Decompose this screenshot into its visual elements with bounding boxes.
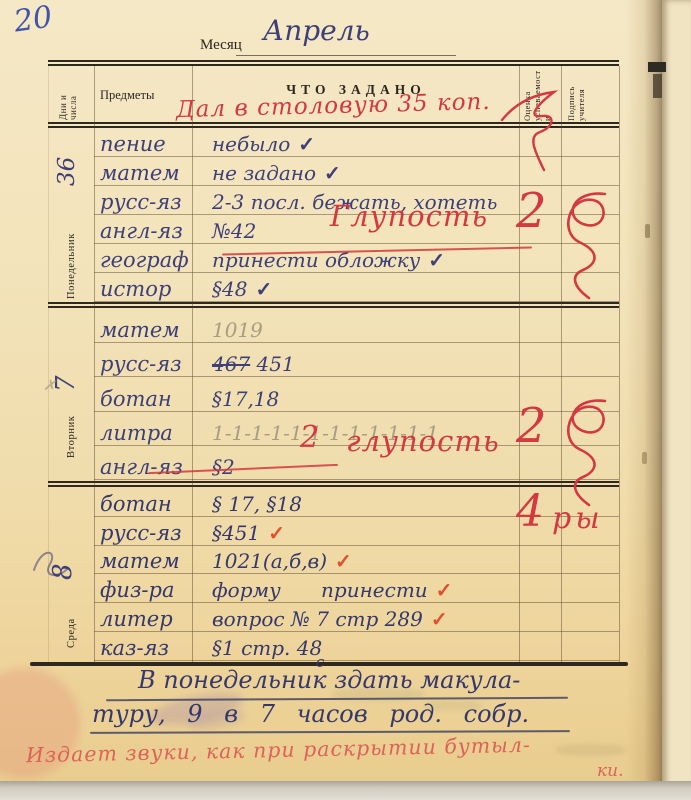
table-row: матем не задано✓ [94,157,619,186]
subject-cell: русс-яз [94,522,198,544]
monday-block: пение небыло✓ матем не задано✓ русс-яз 2… [94,128,619,302]
subject-cell: матем [94,550,198,572]
subject-cell: географ [94,249,198,271]
subject-cell: матем [94,319,198,341]
inline-grade-red: 2 [300,423,320,453]
bleed-through [556,744,626,756]
table-row: каз-яз §1 стр. 48 [94,632,619,661]
check-icon: ✓ [324,161,341,185]
table-row: литер вопрос № 7 стр 289✓ [94,603,619,632]
scan-background-strip [0,781,691,800]
teacher-signature: ры [552,504,604,534]
grade-mark: 2 [516,405,547,448]
teacher-remark: глупость [346,427,500,456]
task-cell: форму принести✓ [198,580,619,601]
task-cell: небыло✓ [198,134,619,155]
task-cell: вопрос № 7 стр 289✓ [198,609,619,630]
day-name-tuesday: Вторник [66,416,77,459]
margin-cross-mark: ✗ [42,375,60,398]
month-underline [236,55,456,56]
subject-cell: русс-яз [94,353,198,375]
red-remark-line2: ки. [597,763,624,781]
check-icon: ✓ [298,132,315,156]
task-cell: 467 451 [198,354,619,375]
stitch-mark [645,224,650,238]
header-subjects: Предметы [100,88,154,103]
binding-mark [648,62,666,72]
month-value: Апрель [263,16,370,45]
table-row: географ принести обложку✓ [94,244,619,273]
header-signature: Подпись учителя [567,69,587,121]
subject-cell: англ-яз [94,456,198,478]
check-icon: ✓ [255,277,272,301]
teacher-signature [553,188,619,300]
day-name-monday: Понедельник [66,233,77,299]
tuesday-block: матем 1019 русс-яз 467 451 ботан §17,18 … [94,309,619,480]
task-cell: §1 стр. 48 [198,638,619,659]
column-line [619,66,620,662]
subject-cell: матем [94,162,198,184]
check-icon: ✓ [428,248,445,272]
day-date: 36 [55,157,79,186]
scanned-diary-page: 20 Месяц Апрель Дни и числа Предметы ЧТО… [0,0,691,800]
table-rule-top [48,60,619,66]
subject-cell: ботан [94,388,198,410]
footer-note-line2: туру, 9 в 7 часов род. собр. [92,702,529,727]
table-row: матем 1021(а,б,в)✓ [94,546,619,575]
day-name-wednesday: Среда [66,618,77,648]
page-edge-shadow [626,0,662,800]
footer-note-line1: В понедельник здать макула- [138,668,520,693]
teacher-remark: Глупость [330,202,488,231]
check-icon: ✓ [436,578,453,602]
subject-cell: истор [94,278,198,300]
subject-cell: литра [94,422,198,444]
check-icon: ✓ [335,549,352,573]
check-icon: ✓ [431,607,448,631]
table-row: матем 1019 [94,309,619,343]
day-date: 8 [50,563,77,580]
wednesday-block: ботан § 17, §18 русс-яз §451✓ матем 1021… [94,488,619,661]
table-row: истор §48✓ [94,273,619,302]
subject-cell: литер [94,608,198,630]
table-row: русс-яз 467 451 [94,343,619,377]
table-rule-after-monday [48,302,619,308]
table-row: пение небыло✓ [94,128,619,157]
binding-mark [653,74,662,98]
task-cell: 1019 [198,320,619,341]
subject-cell: пение [94,133,198,155]
subject-cell: физ-ра [94,579,198,601]
check-icon: ✓ [268,521,285,545]
month-label: Месяц [200,37,242,54]
page-number: 20 [12,1,54,38]
table-row: физ-ра форму принести✓ [94,574,619,603]
grade-mark: 4 [516,492,544,532]
red-remark-line1: Издает звуки, как при раскрытии бутыл- [26,735,531,767]
subject-cell: каз-яз [94,637,198,659]
subject-cell: ботан [94,493,198,515]
next-page-edge [662,0,691,800]
stitch-mark [642,452,647,464]
task-cell: 1021(а,б,в)✓ [198,551,619,572]
grade-mark: 2 [516,190,547,233]
subject-cell: русс-яз [94,191,198,213]
task-cell: не задано✓ [198,163,619,184]
subject-cell: англ-яз [94,220,198,242]
struck-text: 467 [212,352,250,376]
header-days: Дни и числа [58,68,79,120]
